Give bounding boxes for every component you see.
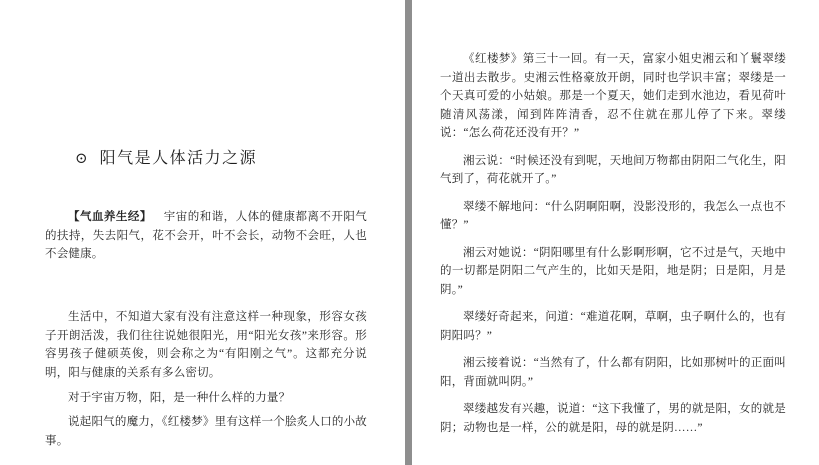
paragraph-xiangyun-leaf: 湘云接着说：“当然有了，什么都有阴阳，比如那树叶的正面叫阳，背面就叫阴。” — [440, 354, 786, 391]
paragraph-xiangyun-explain: 湘云对她说：“阴阳哪里有什么影啊形啊，它不过是气，天地中的一切都是阴阳二气产生的… — [440, 244, 786, 300]
page-divider — [405, 0, 412, 465]
intro-label: 【气血养生经】 — [68, 211, 164, 223]
paragraph-question: 对于宇宙万物，阳，是一种什么样的力量？ — [45, 389, 367, 408]
paragraph-story-intro: 说起阳气的魔力，《红楼梦》里有这样一个脍炙人口的小故事。 — [45, 413, 367, 450]
left-page: ⊙阳气是人体活力之源 【气血养生经】宇宙的和谐，人体的健康都离不开阳气的扶持，失… — [45, 0, 367, 465]
section-bullet-icon: ⊙ — [75, 149, 88, 168]
paragraph-cuilv-question-1: 翠缕不解地问：“什么阴啊阳啊，没影没形的，我怎么一点也不懂？” — [440, 198, 786, 235]
book-spread: ⊙阳气是人体活力之源 【气血养生经】宇宙的和谐，人体的健康都离不开阳气的扶持，失… — [0, 0, 819, 465]
intro-paragraph: 【气血养生经】宇宙的和谐，人体的健康都离不开阳气的扶持，失去阳气，花不会开，叶不… — [45, 208, 367, 264]
paragraph-cuilv-question-2: 翠缕好奇起来，问道：“难道花啊，草啊，虫子啊什么的，也有阴阳吗？” — [440, 308, 786, 345]
paragraph-xiangyun-reply: 湘云说：“时候还没有到呢，天地间万物都由阴阳二气化生，阳气到了，荷花就开了。” — [440, 152, 786, 189]
section-heading: ⊙阳气是人体活力之源 — [75, 145, 257, 168]
paragraph-cuilv-conclusion: 翠缕越发有兴趣，说道：“这下我懂了，男的就是阳，女的就是阴；动物也是一样，公的就… — [440, 400, 786, 437]
paragraph-hongloumeng-scene: 《红楼梦》第三十一回。有一天，富家小姐史湘云和丫鬟翠缕一道出去散步。史湘云性格豪… — [440, 50, 786, 143]
paragraph-life-observation: 生活中，不知道大家有没有注意这样一种现象，形容女孩子开朗活泼，我们往往说她很阳光… — [45, 308, 367, 382]
section-title: 阳气是人体活力之源 — [100, 150, 258, 167]
right-page: 《红楼梦》第三十一回。有一天，富家小姐史湘云和丫鬟翠缕一道出去散步。史湘云性格豪… — [440, 0, 786, 465]
